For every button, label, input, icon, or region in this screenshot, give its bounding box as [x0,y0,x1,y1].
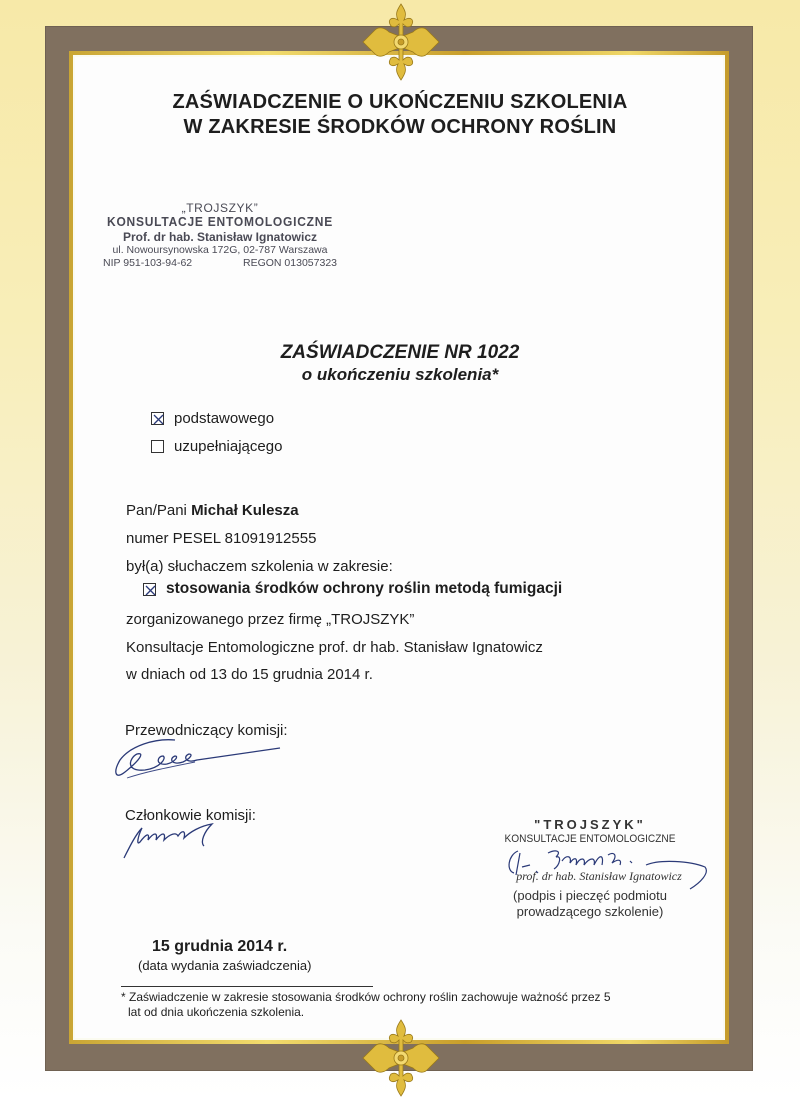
member-signature-icon [120,822,230,862]
footnote: * Zaświadczenie w zakresie stosowania śr… [121,990,611,1020]
organizer-caption-line2: prowadzącego szkolenie) [470,904,710,920]
ornament-icon [361,2,441,82]
footnote-line2: lat od dnia ukończenia szkolenia. [121,1005,611,1020]
chairman-signature-icon [105,728,285,788]
training-type-label: uzupełniającego [174,438,282,455]
issue-date: 15 grudnia 2014 r. [152,938,287,956]
organizer-stamp-name: "TROJSZYK" [470,817,710,832]
organizer-line2: Konsultacje Entomologiczne prof. dr hab.… [126,639,543,657]
issuer-stamp: „TROJSZYK” KONSULTACJE ENTOMOLOGICZNE Pr… [100,201,340,270]
stamp-ids: NIP 951-103-94-62 REGON 013057323 [100,257,340,270]
ornament-icon [361,1018,441,1098]
scope-intro: był(a) słuchaczem szkolenia w zakresie: [126,558,393,576]
stamp-person: Prof. dr hab. Stanisław Ignatowicz [100,230,340,244]
organizer-line1: zorganizowanego przez firmę „TROJSZYK” [126,611,414,629]
checkbox-empty-icon [151,440,164,453]
scope-label: stosowania środków ochrony roślin metodą… [166,580,562,598]
checkbox-checked-icon [151,412,164,425]
checkbox-checked-icon [143,583,156,596]
certificate-number: ZAŚWIADCZENIE NR 1022 [0,342,800,364]
document-title-line1: ZAŚWIADCZENIE O UKOŃCZENIU SZKOLENIA [0,90,800,114]
stamp-company-name: „TROJSZYK” [100,201,340,215]
stamp-company-subtitle: KONSULTACJE ENTOMOLOGICZNE [105,215,335,230]
document-title-line2: W ZAKRESIE ŚRODKÓW OCHRONY ROŚLIN [0,115,800,139]
certificate-subtitle: o ukończeniu szkolenia* [0,365,800,385]
holder-prefix: Pan/Pani [126,502,187,519]
footnote-divider [121,986,373,987]
footnote-line1: Zaświadczenie w zakresie stosowania środ… [129,990,611,1004]
organizer-signature-icon [500,843,715,893]
issue-date-caption: (data wydania zaświadczenia) [138,958,311,973]
training-type-supplementary: uzupełniającego [151,438,282,455]
holder-line: Pan/Pani Michał Kulesza [126,502,299,520]
stamp-address: ul. Nowoursynowska 172G, 02-787 Warszawa [100,244,340,257]
stamp-nip: NIP 951-103-94-62 [103,257,192,270]
holder-name: Michał Kulesza [191,502,299,519]
scope-item: stosowania środków ochrony roślin metodą… [143,580,562,598]
stamp-regon: REGON 013057323 [243,257,337,270]
dates-line: w dniach od 13 do 15 grudnia 2014 r. [126,666,373,684]
training-type-label: podstawowego [174,410,274,427]
pesel-line: numer PESEL 81091912555 [126,530,316,548]
training-type-basic: podstawowego [151,410,274,427]
footnote-marker: * [121,990,126,1004]
